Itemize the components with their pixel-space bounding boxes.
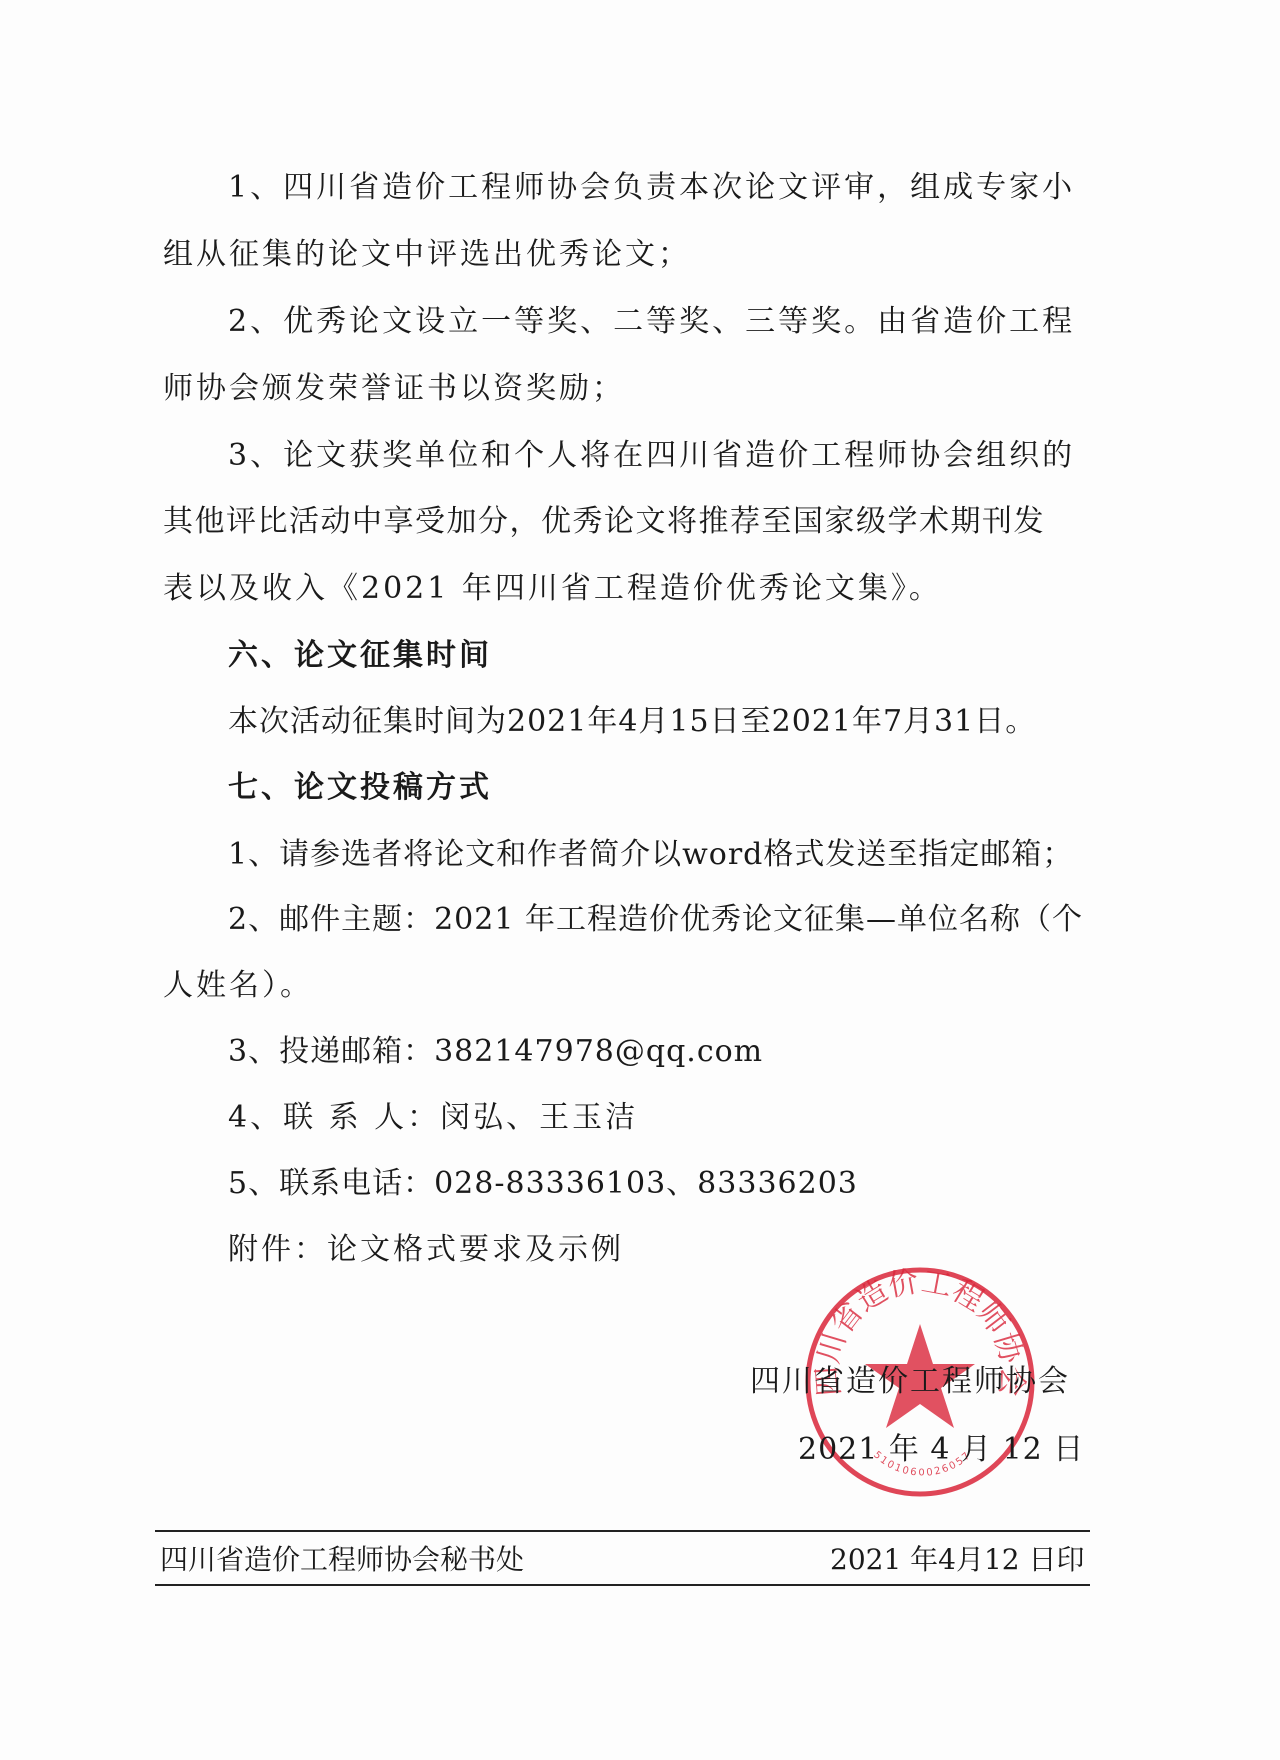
para3-line1: 3、论文获奖单位和个人将在四川省造价工程师协会组织的: [228, 436, 1075, 476]
signature-org: 四川省造价工程师协会: [750, 1362, 1070, 1402]
attachment-note: 附件：论文格式要求及示例: [228, 1230, 624, 1270]
s7-item4-contacts: 4、联 系 人：闵弘、王玉洁: [228, 1098, 638, 1138]
s7-item3-email: 3、投递邮箱：382147978@qq.com: [228, 1032, 763, 1072]
footer-print-date: 2021 年4月12 日印: [830, 1542, 1085, 1578]
section7-title: 七、论文投稿方式: [228, 768, 492, 808]
s7-item2-line2: 人姓名）。: [163, 966, 313, 1006]
s7-item5-phone: 5、联系电话：028-83336103、83336203: [228, 1164, 858, 1204]
para3-line2: 其他评比活动中享受加分，优秀论文将推荐至国家级学术期刊发: [163, 502, 1045, 542]
signature-date: 2021 年 4 月 12 日: [798, 1430, 1084, 1470]
para1-line1: 1、四川省造价工程师协会负责本次论文评审，组成专家小: [228, 168, 1075, 208]
footer-bottom-rule: [155, 1584, 1090, 1586]
para2-line1: 2、优秀论文设立一等奖、二等奖、三等奖。由省造价工程: [228, 302, 1075, 342]
para1-line2: 组从征集的论文中评选出优秀论文；: [163, 235, 691, 275]
footer-top-rule: [155, 1530, 1090, 1532]
para3-line3: 表以及收入《2021 年四川省工程造价优秀论文集》。: [163, 569, 942, 609]
section6-title: 六、论文征集时间: [228, 636, 492, 676]
section6-text: 本次活动征集时间为2021年4月15日至2021年7月31日。: [228, 702, 1036, 742]
footer-issuer: 四川省造价工程师协会秘书处: [160, 1542, 524, 1578]
s7-item2-line1: 2、邮件主题：2021 年工程造价优秀论文征集—单位名称（个: [228, 900, 1083, 940]
para2-line2: 师协会颁发荣誉证书以资奖励；: [163, 369, 625, 409]
s7-item1: 1、请参选者将论文和作者简介以word格式发送至指定邮箱；: [228, 835, 1073, 875]
